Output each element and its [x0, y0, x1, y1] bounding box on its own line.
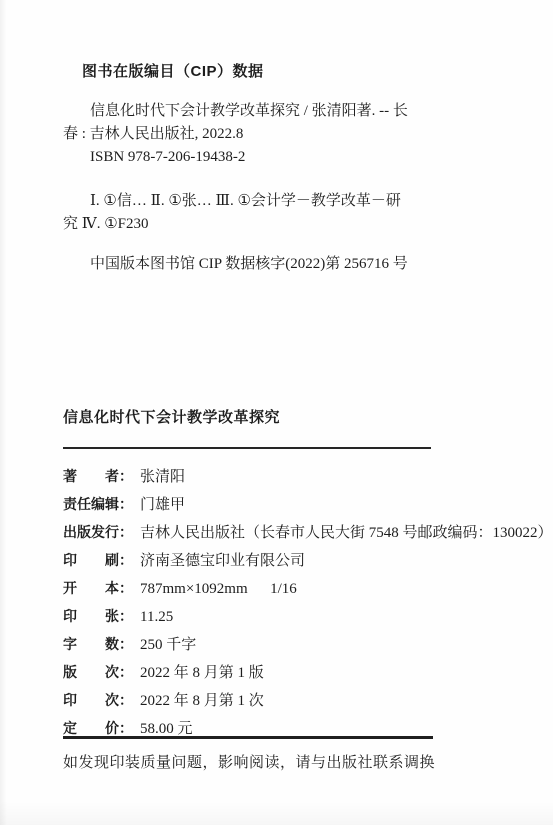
colophon-row-label: 印次 — [63, 692, 119, 708]
colophon-row-author: 著者：张清阳 — [63, 468, 553, 485]
colophon-row-colon: ： — [119, 580, 133, 596]
divider-rule-thin — [63, 447, 431, 449]
colophon-row-colon: ： — [119, 524, 133, 540]
cip-record-block: 信息化时代下会计教学改革探究 / 张清阳著. -- 长 春 : 吉林人民出版社,… — [63, 100, 443, 169]
colophon-row-label: 印张 — [63, 608, 119, 624]
colophon-row-publisher: 出版发行：吉林人民出版社（长春市人民大街 7548 号邮政编码：130022） — [63, 524, 553, 541]
colophon-row-value: 2022 年 8 月第 1 版 — [140, 665, 264, 681]
colophon-row-label: 字数 — [63, 636, 119, 652]
colophon-table: 著者：张清阳 责任编辑：门雄甲 出版发行：吉林人民出版社（长春市人民大街 754… — [63, 468, 553, 748]
colophon-row-editor: 责任编辑：门雄甲 — [63, 496, 553, 513]
cip-registry-line: 中国版本图书馆 CIP 数据核字(2022)第 256716 号 — [90, 252, 408, 273]
cip-heading: 图书在版编目（CIP）数据 — [82, 60, 264, 81]
colophon-row-value: 门雄甲 — [140, 497, 185, 513]
colophon-row-colon: ： — [119, 720, 133, 736]
colophon-row-value: 250 千字 — [140, 637, 196, 653]
colophon-row-format: 开本：787mm×1092mm 1/16 — [63, 580, 553, 597]
book-copyright-page: 图书在版编目（CIP）数据 信息化时代下会计教学改革探究 / 张清阳著. -- … — [0, 0, 553, 825]
colophon-row-value: 2022 年 8 月第 1 次 — [140, 693, 264, 709]
colophon-row-label: 出版发行 — [63, 524, 119, 540]
colophon-row-value: 济南圣德宝印业有限公司 — [140, 553, 305, 569]
colophon-row-colon: ： — [119, 496, 133, 512]
colophon-row-label: 责任编辑 — [63, 496, 119, 512]
colophon-row-label: 版次 — [63, 664, 119, 680]
colophon-row-value: 787mm×1092mm 1/16 — [140, 581, 297, 597]
colophon-row-value: 11.25 — [140, 609, 173, 625]
cip-record-line-2: 春 : 吉林人民出版社, 2022.8 — [63, 123, 443, 146]
colophon-row-colon: ： — [119, 468, 133, 484]
colophon-row-price: 定价：58.00 元 — [63, 720, 553, 737]
cip-isbn-line: ISBN 978-7-206-19438-2 — [63, 146, 443, 169]
colophon-row-edition: 版次：2022 年 8 月第 1 版 — [63, 664, 553, 681]
colophon-row-colon: ： — [119, 552, 133, 568]
colophon-row-label: 定价 — [63, 720, 119, 736]
cip-classification-block: Ⅰ. ①信… Ⅱ. ①张… Ⅲ. ①会计学－教学改革－研 究 Ⅳ. ①F230 — [63, 190, 443, 236]
colophon-row-value: 58.00 元 — [140, 721, 193, 737]
colophon-row-sheets: 印张：11.25 — [63, 608, 553, 625]
divider-rule-thick — [63, 736, 433, 739]
colophon-row-label: 印刷 — [63, 552, 119, 568]
cip-class-line-1: Ⅰ. ①信… Ⅱ. ①张… Ⅲ. ①会计学－教学改革－研 — [63, 190, 443, 213]
colophon-row-colon: ： — [119, 664, 133, 680]
cip-class-line-2: 究 Ⅳ. ①F230 — [63, 213, 443, 236]
colophon-row-colon: ： — [119, 608, 133, 624]
colophon-row-colon: ： — [119, 636, 133, 652]
colophon-row-printer: 印刷：济南圣德宝印业有限公司 — [63, 552, 553, 569]
quality-notice: 如发现印装质量问题，影响阅读，请与出版社联系调换 — [63, 751, 435, 772]
colophon-row-value: 吉林人民出版社（长春市人民大街 7548 号邮政编码：130022） — [140, 525, 553, 541]
colophon-row-value: 张清阳 — [140, 469, 185, 485]
colophon-row-label: 开本 — [63, 580, 119, 596]
book-title: 信息化时代下会计教学改革探究 — [63, 406, 280, 427]
cip-record-line-1: 信息化时代下会计教学改革探究 / 张清阳著. -- 长 — [63, 100, 443, 123]
colophon-row-label: 著者 — [63, 468, 119, 484]
colophon-row-wordcount: 字数：250 千字 — [63, 636, 553, 653]
colophon-row-impression: 印次：2022 年 8 月第 1 次 — [63, 692, 553, 709]
colophon-row-colon: ： — [119, 692, 133, 708]
